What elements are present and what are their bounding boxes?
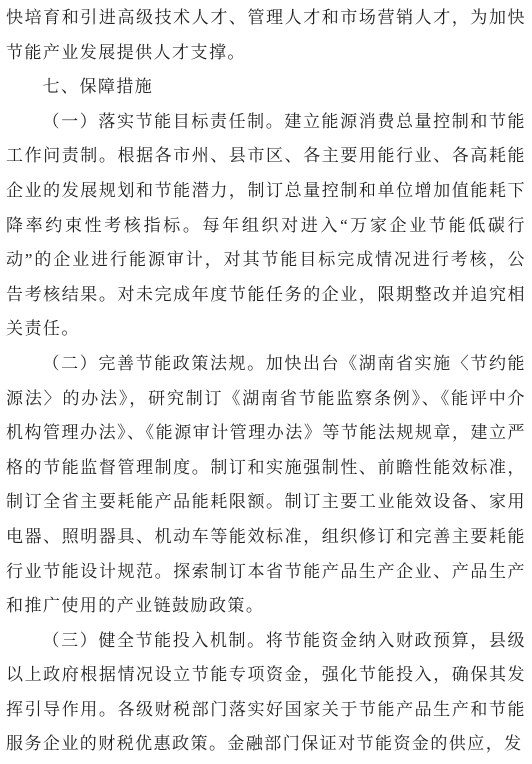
paragraph-item-three: （三）健全节能投入机制。将节能资金纳入财政预算，县级以上政府根据情况设立节能专项… bbox=[6, 624, 526, 762]
section-heading-seven: 七、保障措施 bbox=[6, 70, 526, 105]
paragraph-item-one: （一）落实节能目标责任制。建立能源消费总量控制和节能工作问责制。根据各市州、县市… bbox=[6, 105, 526, 347]
paragraph-item-two: （二）完善节能政策法规。加快出台《湖南省实施〈节约能源法〉的办法》，研究制订《湖… bbox=[6, 347, 526, 624]
paragraph-continuation: 快培育和引进高级技术人才、管理人才和市场营销人才，为加快节能产业发展提供人才支撑… bbox=[6, 1, 526, 70]
document-page: 快培育和引进高级技术人才、管理人才和市场营销人才，为加快节能产业发展提供人才支撑… bbox=[0, 0, 532, 764]
